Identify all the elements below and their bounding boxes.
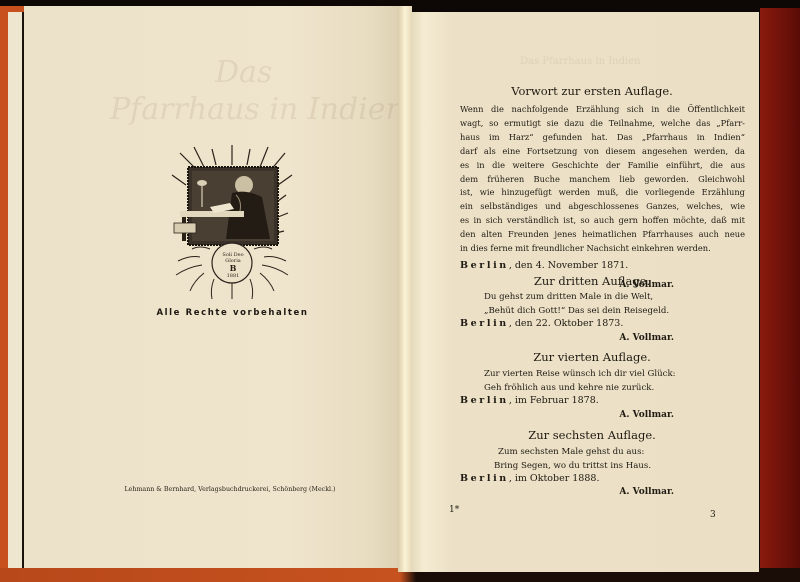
preface-line: Wenn die nachfolgende Erzählung sich in … — [460, 103, 745, 117]
place-city: Berlin — [460, 395, 509, 406]
place-date: , im Oktober 1888. — [509, 473, 600, 484]
signature-1878: A. Vollmar. — [619, 410, 674, 420]
preface-line: ein selbständiges und abgeschlossenes Ga… — [460, 200, 745, 214]
verse-line: Du gehst zum dritten Male in die Welt, — [484, 290, 669, 304]
place-date: , den 22. Oktober 1873. — [509, 318, 624, 329]
printer-imprint: Lehmann & Bernhard, Verlagsbuchdruckerei… — [115, 486, 345, 493]
flyleaf-edge — [8, 12, 24, 568]
preface-line: wagt, so ermutigt sie dazu die Teilnahme… — [460, 117, 745, 131]
place-date-1888: Berlin, im Oktober 1888. — [460, 473, 599, 484]
place-date-1873: Berlin, den 22. Oktober 1873. — [460, 318, 623, 329]
preface-line: es in sich verständlich ist, so auch ger… — [460, 214, 745, 228]
preface-line: ist, wie hinzugefügt werden muß, die vor… — [460, 186, 745, 200]
signature-1873: A. Vollmar. — [619, 333, 674, 343]
preface-line: den alten Freunden jenes heimatlichen Pf… — [460, 228, 745, 242]
heading-fourth-edition: Zur vierten Auflage. — [442, 350, 742, 364]
preface-line: in dies ferne mit freundlicher Nachsicht… — [460, 242, 745, 256]
preface-line: haus im Harz“ gefunden hat. Das „Pfarrha… — [460, 131, 745, 145]
verse-line: Zum sechsten Male gehst du aus: — [494, 445, 651, 459]
heading-sixth-edition: Zur sechsten Auflage. — [442, 428, 742, 442]
place-city: Berlin — [460, 473, 509, 484]
emblem-motto: Soli Deo Gloria B 1881 — [213, 252, 253, 279]
emblem-year: 1881 — [213, 273, 253, 279]
printer-signature-mark: 1* — [449, 505, 459, 515]
signature-1888: A. Vollmar. — [619, 487, 674, 497]
place-city: Berlin — [460, 260, 509, 271]
preface-line: darf als eine Fortsetzung von diesem ang… — [460, 145, 745, 159]
book-cover-right — [760, 8, 800, 582]
page-number: 3 — [710, 510, 716, 520]
bleed-through-title-1: Das — [215, 55, 272, 90]
place-date-1878: Berlin, im Februar 1878. — [460, 395, 599, 406]
place-city: Berlin — [460, 318, 509, 329]
verse-fourth-edition: Zur vierten Reise wünsch ich dir viel Gl… — [484, 367, 676, 395]
place-date: , den 4. November 1871. — [509, 260, 628, 271]
verse-third-edition: Du gehst zum dritten Male in die Welt, „… — [484, 290, 669, 318]
verse-sixth-edition: Zum sechsten Male gehst du aus: Bring Se… — [494, 445, 651, 473]
preface-line: dem früheren Buche manchem lieb geworden… — [460, 173, 745, 187]
bleed-through-title-2: Pfarrhaus in Indien — [110, 92, 405, 127]
verse-line: Geh fröhlich aus und kehre nie zurück. — [484, 381, 676, 395]
verse-line: „Behüt dich Gott!“ Das sei dein Reisegel… — [484, 304, 669, 318]
place-date-1871: Berlin, den 4. November 1871. — [460, 260, 628, 271]
verse-line: Zur vierten Reise wünsch ich dir viel Gl… — [484, 367, 676, 381]
book-gutter — [398, 6, 412, 572]
bleed-through-running-head: Das Pfarrhaus in Indien — [520, 56, 641, 67]
preface-first-edition-text: Wenn die nachfolgende Erzählung sich in … — [460, 103, 745, 256]
emblem-monogram: B — [213, 264, 253, 273]
heading-first-edition: Vorwort zur ersten Auflage. — [442, 84, 742, 98]
place-date: , im Februar 1878. — [509, 395, 599, 406]
verse-line: Bring Segen, wo du trittst ins Haus. — [494, 459, 651, 473]
rights-reserved-notice: Alle Rechte vorbehalten — [150, 308, 315, 318]
heading-third-edition: Zur dritten Auflage. — [442, 274, 742, 288]
preface-line: es in die weitere Geschichte der Familie… — [460, 159, 745, 173]
